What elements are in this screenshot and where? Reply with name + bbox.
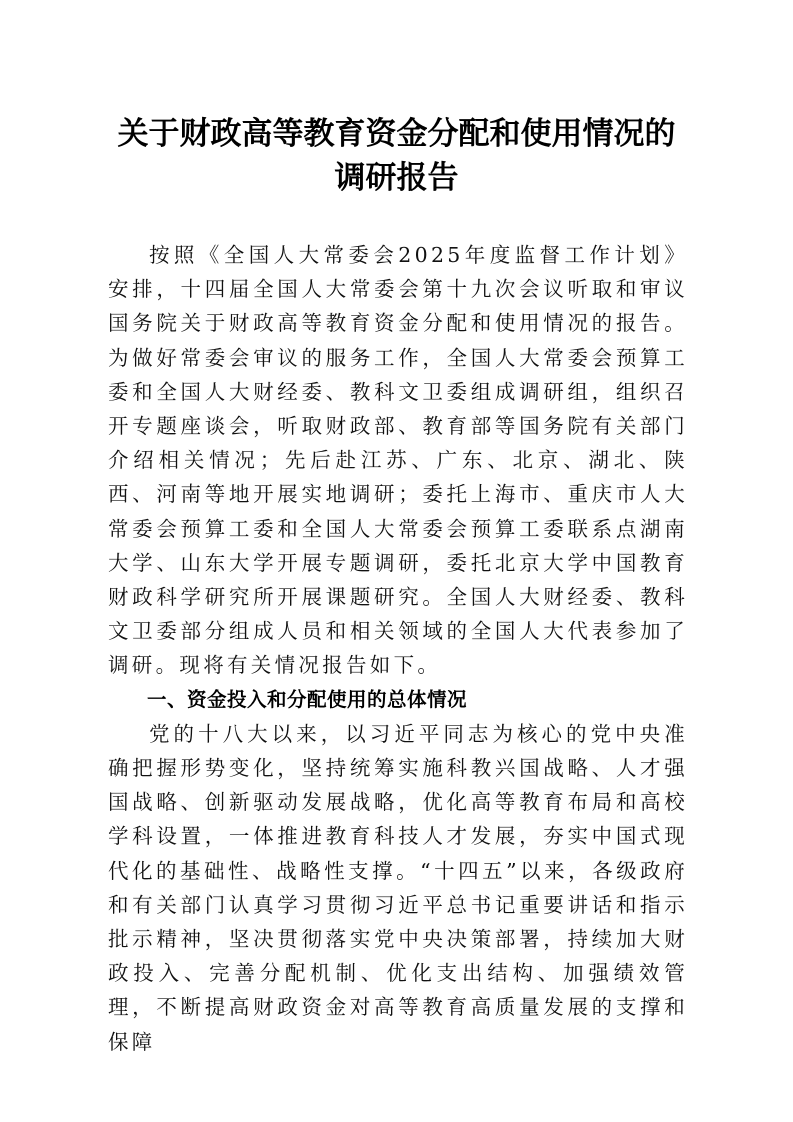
document-body: 按照《全国人大常委会2025年度监督工作计划》安排，十四届全国人大常委会第十九次… <box>108 238 688 1059</box>
document-title: 关于财政高等教育资金分配和使用情况的 调研报告 <box>80 112 713 200</box>
section-heading: 一、资金投入和分配使用的总体情况 <box>108 683 688 717</box>
section-paragraph: 党的十八大以来，以习近平同志为核心的党中央准确把握形势变化，坚持统筹实施科教兴国… <box>108 717 688 1059</box>
title-line-1: 关于财政高等教育资金分配和使用情况的 <box>80 112 713 156</box>
title-line-2: 调研报告 <box>80 156 713 200</box>
document-page: 关于财政高等教育资金分配和使用情况的 调研报告 按照《全国人大常委会2025年度… <box>0 0 793 1122</box>
intro-paragraph: 按照《全国人大常委会2025年度监督工作计划》安排，十四届全国人大常委会第十九次… <box>108 238 688 683</box>
